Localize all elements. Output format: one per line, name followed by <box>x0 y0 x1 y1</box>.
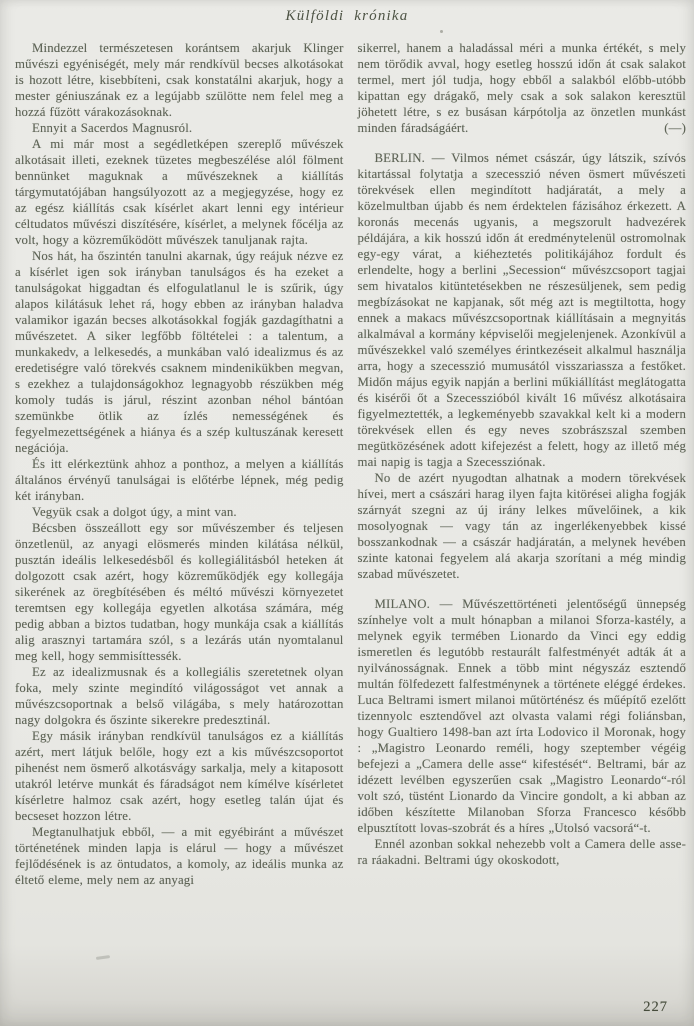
paragraph: A mi már most a segédletképen szereplő m… <box>15 136 344 248</box>
paragraph: Egy másik irányban rendkívül tanulságos … <box>15 728 344 824</box>
print-speck <box>440 30 443 33</box>
paragraph: MILANO. — Művészettörténeti jelentőségű … <box>358 596 687 836</box>
paragraph: Nos hát, ha őszintén tanulni akarnak, úg… <box>15 248 344 456</box>
text-columns: Mindezzel természetesen korántsem akarju… <box>0 25 694 888</box>
paragraph: Mindezzel természetesen korántsem akarju… <box>15 40 344 120</box>
page-header: Külföldi krónika <box>0 0 694 25</box>
paragraph: Vegyük csak a dolgot úgy, a mint van. <box>15 504 344 520</box>
page-number: 227 <box>643 999 668 1016</box>
paragraph: Megtanulhatjuk ebből, — a mit egyébiránt… <box>15 824 344 888</box>
section-end-mark: (—) <box>660 120 686 136</box>
paragraph: Bécsben összeállott egy sor művészember … <box>15 520 344 664</box>
paragraph: És itt elérkeztünk ahhoz a ponthoz, a me… <box>15 456 344 504</box>
print-smudge <box>96 955 110 960</box>
page-title: Külföldi krónika <box>286 8 409 24</box>
paragraph: No de azért nyugodtan alhatnak a modern … <box>358 470 687 582</box>
paragraph: Ennyit a Sacerdos Magnusról. <box>15 120 344 136</box>
paragraph: sikerrel, hanem a haladással méri a munk… <box>358 40 687 136</box>
document-page: Külföldi krónika Mindezzel természetesen… <box>0 0 694 1026</box>
paragraph: BERLIN. — Vilmos német császár, úgy láts… <box>358 150 687 470</box>
paragraph: Ennél azonban sokkal nehezebb volt a Cam… <box>358 836 687 868</box>
paragraph: Ez az idealizmusnak és a kollegiális sze… <box>15 664 344 728</box>
left-column: Mindezzel természetesen korántsem akarju… <box>15 40 344 888</box>
right-column: sikerrel, hanem a haladással méri a munk… <box>358 40 687 888</box>
